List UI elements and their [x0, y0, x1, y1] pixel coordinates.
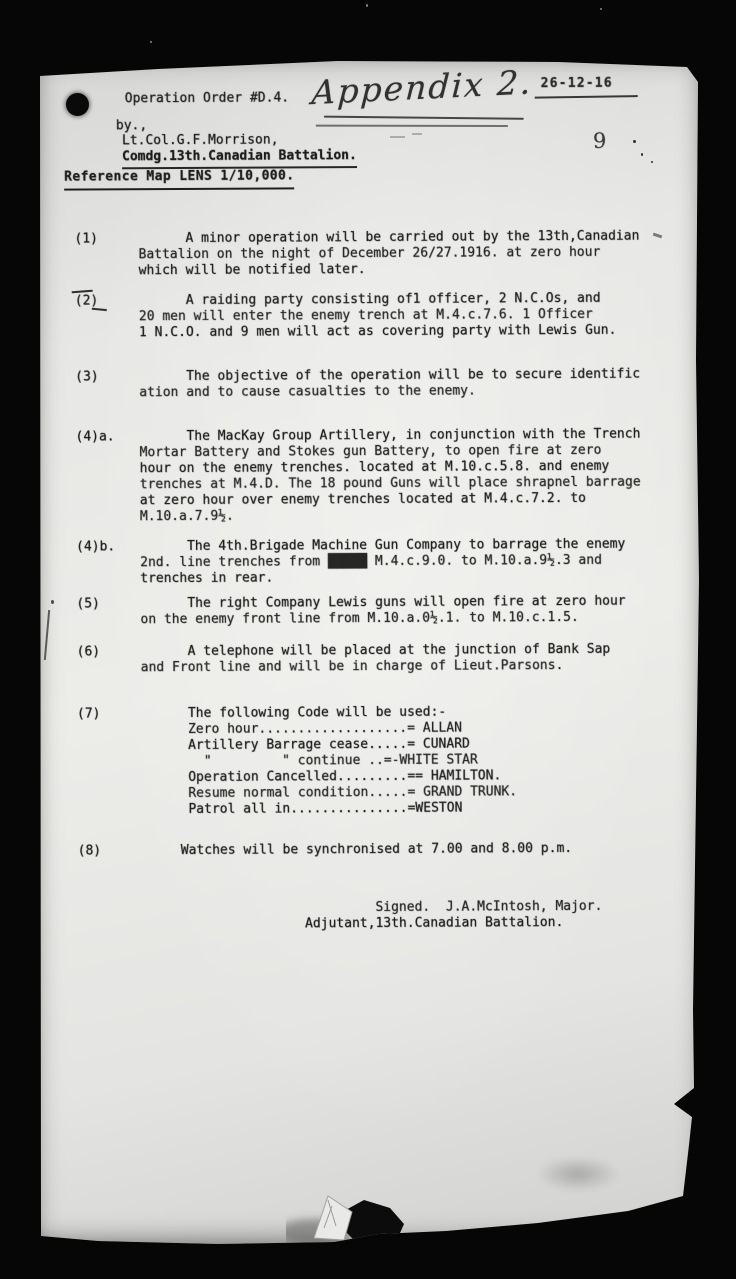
order-paragraph: (7) The following Code will be used:- Ze… [141, 703, 702, 818]
order-paragraph: (4)a. The MacKay Group Artillery, in con… [139, 426, 699, 525]
typed-line: trenches at M.4.D. The 18 pound Guns wil… [140, 474, 700, 493]
paragraph-label: (6) [77, 644, 101, 660]
ink-speck [651, 161, 653, 163]
scan-speck [150, 41, 152, 43]
pencil-mark [412, 133, 422, 135]
paragraph-label: (7) [77, 706, 101, 722]
paragraph-label: (4)b. [76, 539, 115, 555]
typed-line: Resume normal condition.....= GRAND TRUN… [141, 783, 701, 802]
signature-line: Adjutant,13th.Canadian Battalion. [305, 915, 603, 933]
order-paragraph: (8) Watches will be synchronised at 7.00… [142, 840, 702, 859]
crumpled-corner-fold [286, 1166, 418, 1246]
order-paragraph: (6) A telephone will be placed at the ju… [141, 641, 701, 676]
typed-line: Zero hour...................= ALLAN [141, 719, 701, 738]
paragraph-label: (5) [76, 596, 100, 612]
typed-line: on the enemy front line from M.10.a.0½.1… [140, 609, 700, 628]
paragraph-label: (2) [75, 293, 99, 309]
scan-speck [600, 8, 602, 10]
scan-background: Operation Order #D.4. Appendix 2. 26-12-… [0, 0, 736, 1279]
paragraph-label: (3) [75, 369, 99, 385]
typed-line: trenches in rear. [140, 568, 700, 587]
paragraph-label: (4)a. [75, 429, 114, 445]
scan-speck [366, 4, 368, 7]
typed-line: ation and to cause casualties to the ene… [139, 382, 699, 401]
ink-speck [641, 153, 643, 156]
order-paragraph: (4)b. The 4th.Brigade Machine Gun Compan… [140, 536, 700, 587]
order-paragraph: (5) The right Company Lewis guns will op… [140, 593, 700, 628]
typed-line: 1 N.C.O. and 9 men will act as covering … [139, 322, 699, 341]
scratch-mark [51, 600, 54, 604]
typed-line: 20 men will enter the enemy trench at M.… [139, 306, 699, 325]
typed-line: Mortar Battery and Stokes gun Battery, t… [140, 442, 700, 461]
typed-line: M.10.a.7.9½. [140, 506, 700, 525]
order-paragraph: (2) A raiding party consisting of1 offic… [139, 290, 699, 341]
typed-line: Battalion on the night of December 26/27… [138, 244, 698, 263]
typed-line: which will be notified later. [139, 260, 699, 279]
order-paragraph: (1) A minor operation will be carried ou… [138, 228, 698, 279]
signature-line: Signed. J.A.McIntosh, Major. [305, 899, 603, 917]
order-paragraphs: (1) A minor operation will be carried ou… [36, 58, 705, 1251]
order-paragraph: (3) The objective of the operation will … [139, 366, 699, 401]
stain [536, 1156, 620, 1192]
ink-speck [633, 140, 636, 143]
typed-line: " " continue ..=-WHITE STAR [141, 751, 701, 770]
typed-line: and Front line and will be in charge of … [141, 657, 701, 676]
signature-block: Signed. J.A.McIntosh, Major.Adjutant,13t… [305, 899, 603, 933]
typed-line: Patrol all in...............=WESTON [141, 799, 701, 818]
document-page: Operation Order #D.4. Appendix 2. 26-12-… [38, 60, 701, 1250]
paragraph-label: (8) [78, 843, 102, 859]
typed-line: Watches will be synchronised at 7.00 and… [142, 840, 702, 859]
pencil-mark [390, 136, 405, 138]
typed-line: 2nd. line trenches from █████ M.4.c.9.0.… [140, 552, 700, 571]
paragraph-label: (1) [74, 231, 98, 247]
page-content: Operation Order #D.4. Appendix 2. 26-12-… [36, 58, 705, 1251]
